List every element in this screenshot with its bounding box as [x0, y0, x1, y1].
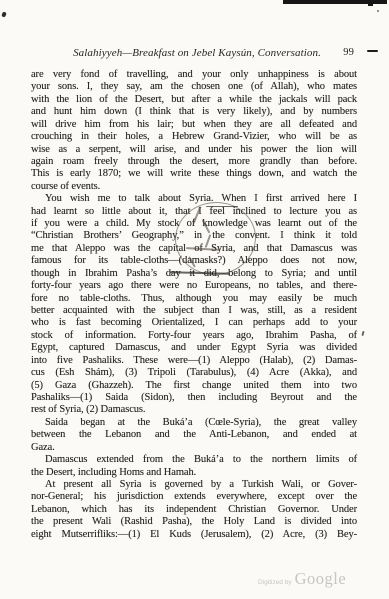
text-line: forty-four years ago there were no Europ…	[31, 280, 357, 292]
scan-artifact-left-mark	[1, 11, 6, 17]
text-line: cus (Esh Shám), (3) Tripoli (Tarabulus),…	[31, 367, 357, 379]
text-line: This is early 1870; we will write these …	[31, 168, 357, 180]
text-line: Damascus extended from the Buká’a to the…	[31, 454, 357, 466]
digitized-by-text: Digitized by	[258, 579, 292, 586]
text-line: nor-General; his jurisdiction extends ev…	[31, 491, 357, 503]
text-line: You wish me to talk about Syria. When I …	[31, 193, 357, 205]
google-watermark: Digitized by Google	[258, 569, 346, 589]
text-line: are very fond of travelling, and your on…	[31, 69, 357, 81]
text-line: the present Wali (Rashid Pasha), the Hol…	[31, 516, 357, 528]
page-number: 99	[343, 47, 354, 58]
book-page: Salahiyyeh—Breakfast on Jebel Kaysún, Co…	[0, 0, 389, 599]
text-line: stock of information. Forty-four years a…	[31, 330, 357, 342]
text-line: course of events.	[31, 181, 357, 193]
text-line: rest of Syria, (2) Damascus.	[31, 404, 357, 416]
chapter-title: Salahiyyeh—Breakfast on Jebel Kaysún, Co…	[67, 47, 321, 59]
text-line: again roam freely through the desert, mo…	[31, 156, 357, 168]
scan-artifact-top-bar-notch	[368, 0, 373, 6]
text-line: fore no table-cloths. Thus, although you…	[31, 293, 357, 305]
text-line: Lebanon, which has its independent Chris…	[31, 504, 357, 516]
scan-artifact-margin-tick	[361, 331, 365, 336]
page-body: are very fond of travelling, and your on…	[31, 69, 357, 541]
text-line: with the lion of the Desert, but after a…	[31, 94, 357, 106]
text-line: (5) Gaza (Ghazzeh). The first change uni…	[31, 380, 357, 392]
pen-underline-mark	[206, 206, 238, 207]
text-line: eight Mutserrifliks:—(1) El Kuds (Jerusa…	[31, 529, 357, 541]
text-line: At present all Syria is governed by a Tu…	[31, 479, 357, 491]
running-header: Salahiyyeh—Breakfast on Jebel Kaysún, Co…	[31, 47, 357, 61]
text-line: your sons. I, they say, am the chosen on…	[31, 81, 357, 93]
scan-artifact-right-dash	[367, 50, 378, 52]
text-line: crouching in their holes, a Hebrew Grand…	[31, 131, 357, 143]
text-line: who is fast becoming Orientalized, I can…	[31, 317, 357, 329]
text-line: Egypt, captured Damascus, and under Egyp…	[31, 342, 357, 354]
text-line: Gaza.	[31, 442, 357, 454]
google-logo: Google	[295, 569, 347, 589]
text-line: between the Lebanon and the Anti-Lebanon…	[31, 429, 357, 441]
text-line: Saida began at the Buká’a (Cœle-Syria), …	[31, 417, 357, 429]
text-line: into five Pashaliks. These were—(1) Alep…	[31, 355, 357, 367]
text-line: the Desert, including Homs and Hamah.	[31, 467, 357, 479]
scan-artifact-right-dot	[377, 10, 379, 12]
text-line: better acquainted with the subject than …	[31, 305, 357, 317]
text-line: will drive him from his lair; but when t…	[31, 119, 357, 131]
text-line: and hunt him down (I think that is very …	[31, 106, 357, 118]
text-line: wise as a serpent, will arise, and under…	[31, 144, 357, 156]
text-line: Pashaliks—(1) Saida (Sidon), then includ…	[31, 392, 357, 404]
